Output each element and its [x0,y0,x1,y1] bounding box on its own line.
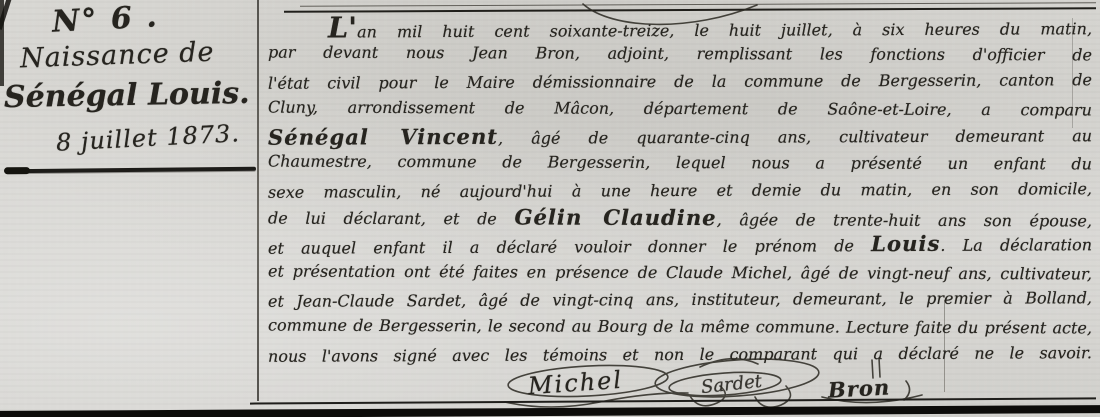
signature-michel: Michel [527,366,624,401]
act-line: et auquel enfant il a déclaré vouloir do… [268,230,1092,261]
civil-register-page: N° 6 . Naissance de Sénégal Louis. 8 jui… [0,0,1100,417]
bottom-separator-line [250,397,1096,404]
act-line: sexe masculin, né aujourd'hui à une heur… [268,175,1092,206]
act-line: par devant nous Jean Bron, adjoint, remp… [268,39,1092,69]
signature-sardet: Sardet [700,371,763,398]
bron-end-flourish [904,381,910,400]
act-line: et présentation ont été faites en présen… [268,257,1092,287]
act-line: et Jean-Claude Sardet, âgé de vingt-cinq… [268,284,1092,315]
margin-underline-rule [6,167,256,174]
margin-divider-line [257,0,259,401]
act-line: Chaumestre, commune de Bergesserin, lequ… [268,148,1092,178]
act-line: L'an mil huit cent soixante-treize, le h… [268,11,1092,42]
act-body-text: L'an mil huit cent soixante-treize, le h… [268,13,1092,368]
margin-child-name: Sénégal Louis. [4,76,250,115]
top-separator-line-thin [300,2,1096,7]
act-number: N° 6 . [51,0,159,40]
act-line: nous l'avons signé avec les témoins et n… [268,339,1092,370]
act-line: de lui déclarant, et de Gélin Claudine, … [268,203,1092,233]
margin-act-date: 8 juillet 1873. [55,119,240,157]
act-line: commune de Bergesserin, le second au Bou… [268,312,1092,342]
bottom-scan-edge [0,405,1100,417]
act-line: Sénégal Vincent, âgé de quarante-cinq an… [268,120,1092,151]
margin-act-title: Naissance de [20,37,215,75]
act-line: l'état civil pour le Maire démissionnair… [268,66,1092,97]
act-line: Cluny, arrondissement de Mâcon, départem… [268,93,1092,123]
